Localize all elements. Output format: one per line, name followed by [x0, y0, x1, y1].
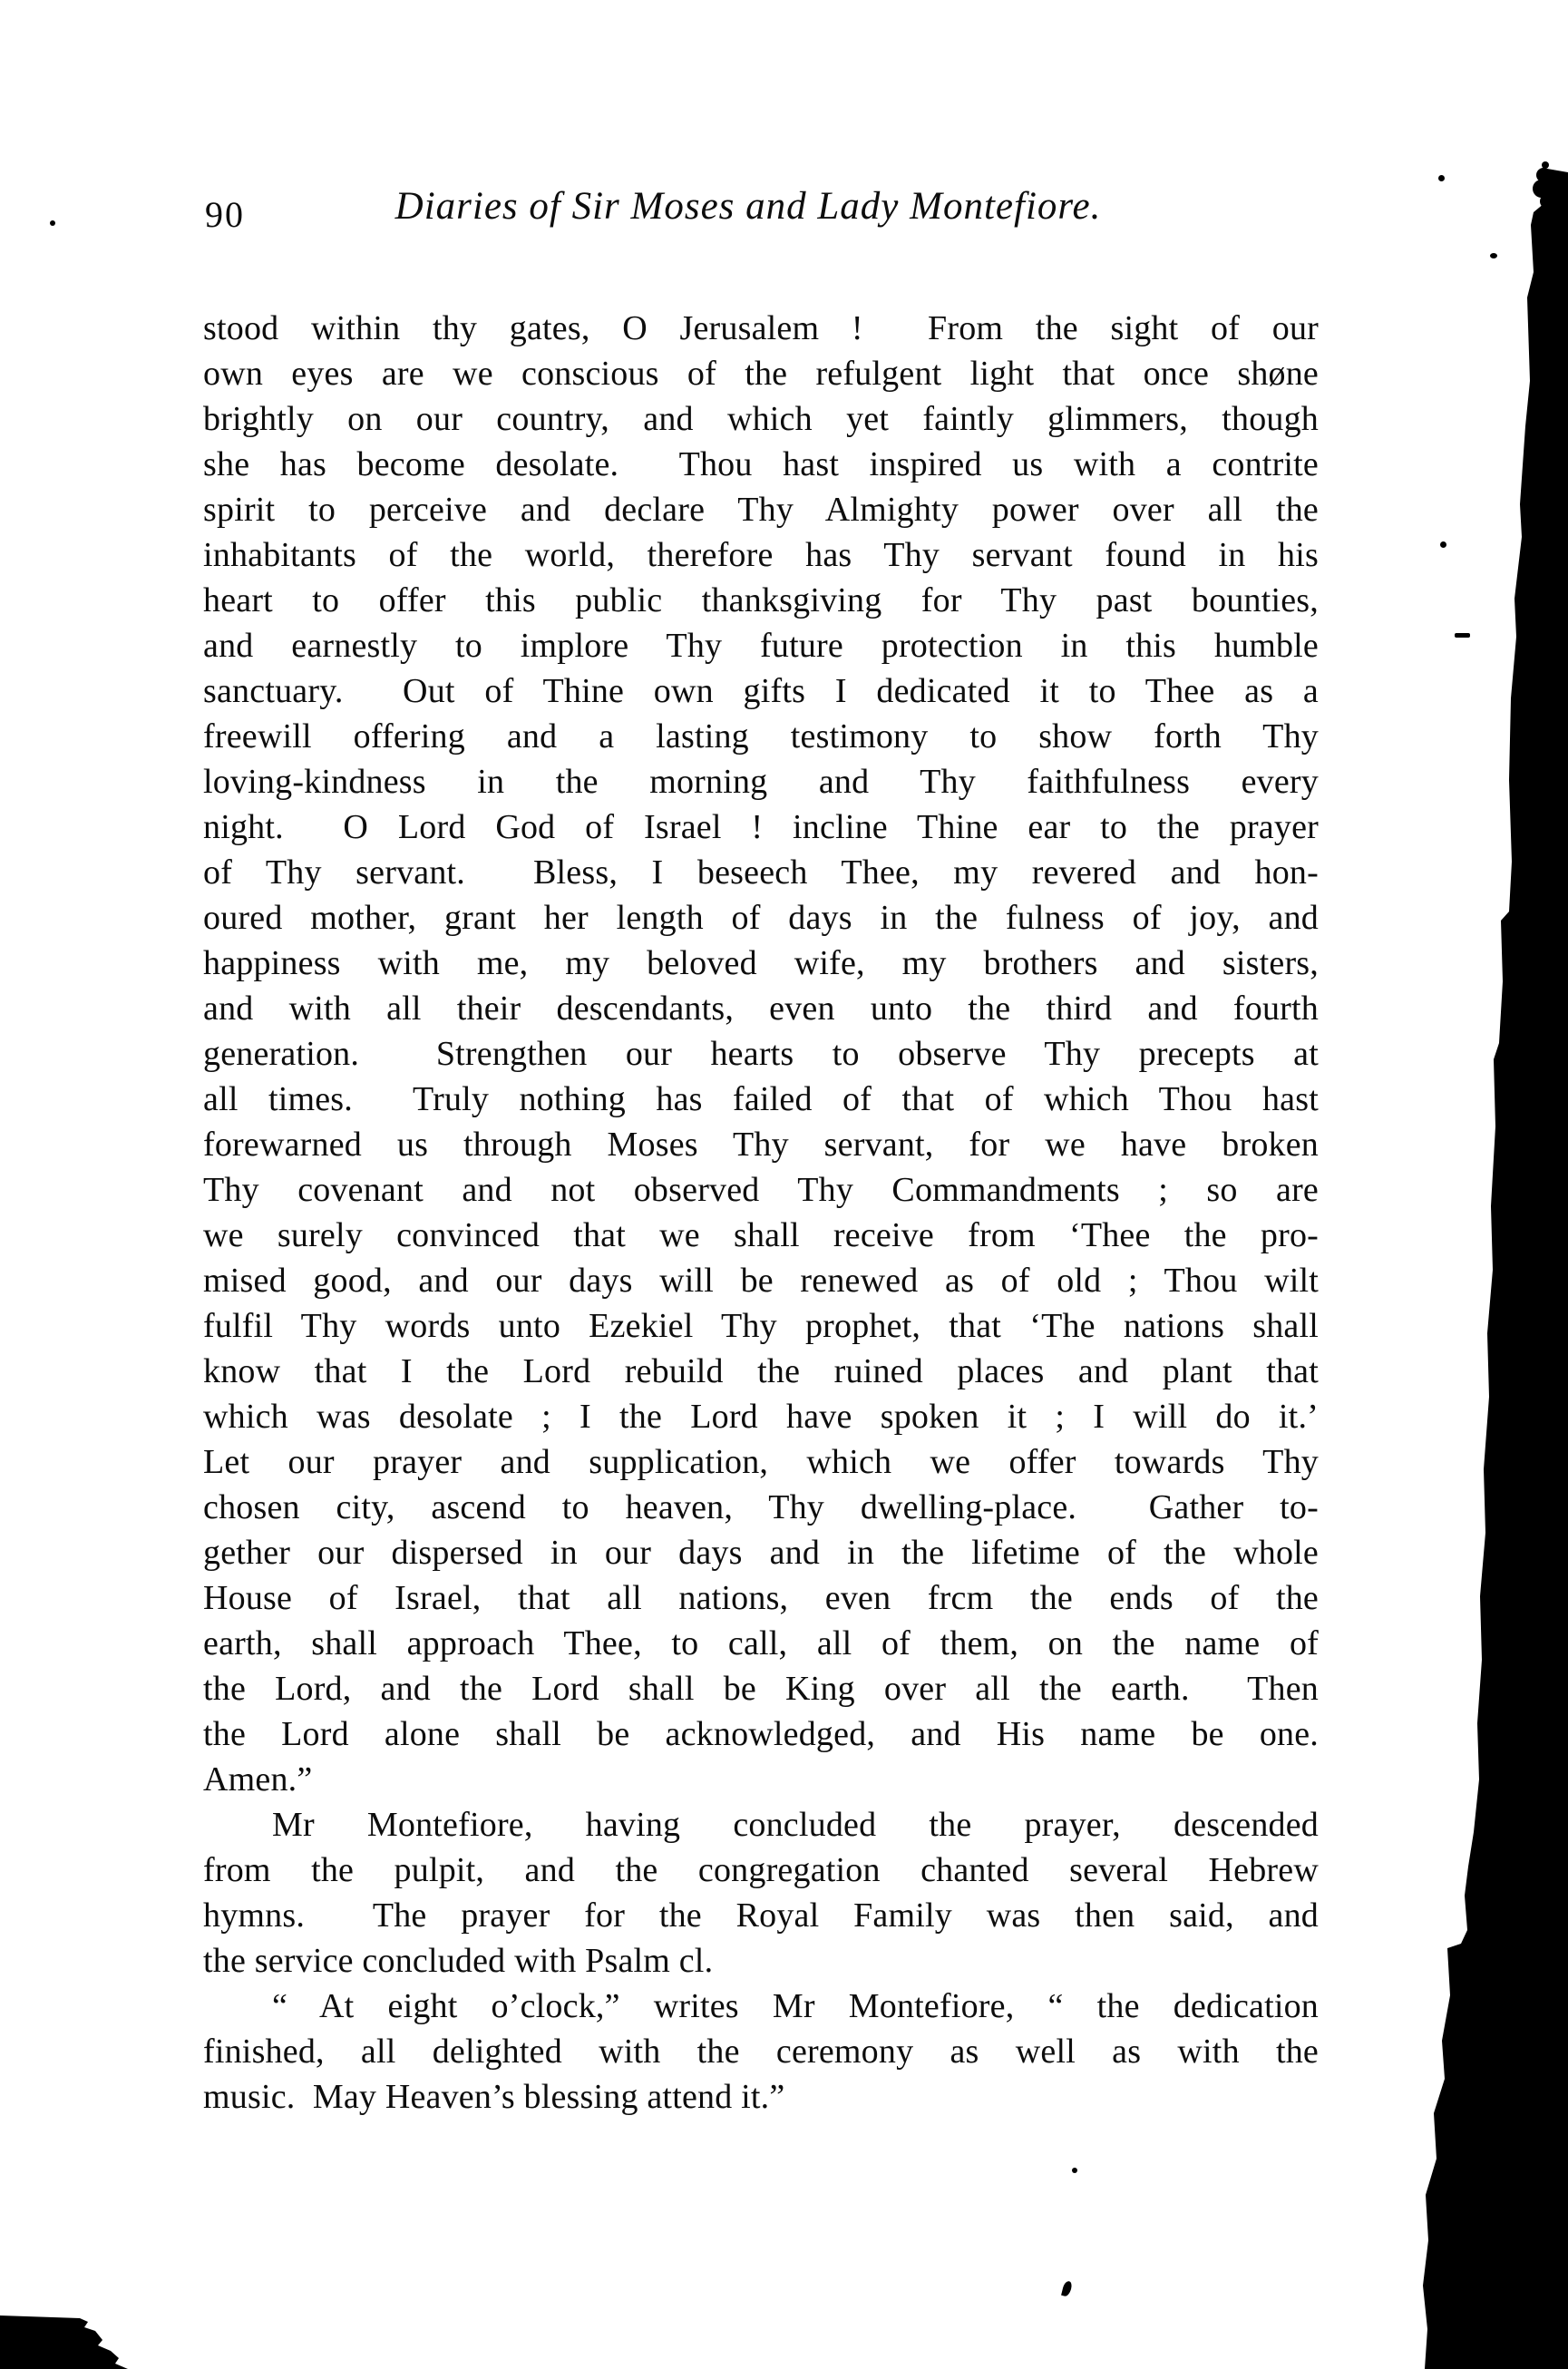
text-line: fulfil Thy words unto Ezekiel Thy prophe…	[203, 1303, 1319, 1349]
text-line: music. May Heaven’s blessing attend it.”	[203, 2074, 1319, 2120]
text-line: Amen.”	[203, 1757, 1319, 1802]
page-body: stood within thy gates, O Jerusalem ! Fr…	[203, 306, 1319, 2120]
text-line: of Thy servant. Bless, I beseech Thee, m…	[203, 850, 1319, 895]
text-line: own eyes are we conscious of the refulge…	[203, 351, 1319, 396]
text-line: gether our dispersed in our days and in …	[203, 1530, 1319, 1575]
text-line: oured mother, grant her length of days i…	[203, 895, 1319, 941]
scan-speck	[1438, 175, 1445, 181]
text-line: generation. Strengthen our hearts to obs…	[203, 1031, 1319, 1077]
text-line: heart to offer this public thanksgiving …	[203, 578, 1319, 623]
text-line: Mr Montefiore, having concluded the pray…	[203, 1802, 1319, 1847]
text-line: she has become desolate. Thou hast inspi…	[203, 442, 1319, 487]
text-line: chosen city, ascend to heaven, Thy dwell…	[203, 1485, 1319, 1530]
scan-speck	[1440, 541, 1446, 548]
text-line: freewill offering and a lasting testimon…	[203, 714, 1319, 759]
scan-speck	[1072, 2168, 1077, 2173]
text-line: which was desolate ; I the Lord have spo…	[203, 1394, 1319, 1439]
text-line: inhabitants of the world, therefore has …	[203, 532, 1319, 578]
page-header: 90 Diaries of Sir Moses and Lady Montefi…	[203, 184, 1319, 242]
page-number: 90	[205, 193, 245, 236]
text-line: hymns. The prayer for the Royal Family w…	[203, 1893, 1319, 1938]
text-line: stood within thy gates, O Jerusalem ! Fr…	[203, 306, 1319, 351]
text-line: the Lord alone shall be acknowledged, an…	[203, 1711, 1319, 1757]
text-line: spirit to perceive and declare Thy Almig…	[203, 487, 1319, 532]
text-line: know that I the Lord rebuild the ruined …	[203, 1349, 1319, 1394]
scan-artifact-right-edge	[1423, 161, 1568, 2369]
text-line: forewarned us through Moses Thy servant,…	[203, 1122, 1319, 1167]
text-line: “ At eight o’clock,” writes Mr Montefior…	[203, 1984, 1319, 2029]
text-line: brightly on our country, and which yet f…	[203, 396, 1319, 442]
text-line: House of Israel, that all nations, even …	[203, 1575, 1319, 1621]
text-line: and earnestly to implore Thy future prot…	[203, 623, 1319, 668]
scan-speck	[1490, 253, 1497, 258]
text-line: we surely convinced that we shall receiv…	[203, 1213, 1319, 1258]
text-line: loving-kindness in the morning and Thy f…	[203, 759, 1319, 804]
text-line: from the pulpit, and the congregation ch…	[203, 1847, 1319, 1893]
text-line: earth, shall approach Thee, to call, all…	[203, 1621, 1319, 1666]
text-line: night. O Lord God of Israel ! incline Th…	[203, 804, 1319, 850]
text-line: all times. Truly nothing has failed of t…	[203, 1077, 1319, 1122]
text-line: sanctuary. Out of Thine own gifts I dedi…	[203, 668, 1319, 714]
text-line: mised good, and our days will be renewed…	[203, 1258, 1319, 1303]
text-line: the Lord, and the Lord shall be King ove…	[203, 1666, 1319, 1711]
scan-speck	[50, 220, 55, 226]
text-line: Let our prayer and supplication, which w…	[203, 1439, 1319, 1485]
running-title: Diaries of Sir Moses and Lady Montefiore…	[203, 184, 1319, 229]
scan-speck	[1061, 2280, 1073, 2297]
text-line: happiness with me, my beloved wife, my b…	[203, 941, 1319, 986]
text-line: and with all their descendants, even unt…	[203, 986, 1319, 1031]
scan-speck	[1455, 633, 1470, 638]
text-line: Thy covenant and not observed Thy Comman…	[203, 1167, 1319, 1213]
scan-artifact-bottom-left	[0, 2315, 128, 2369]
scanned-book-page: 90 Diaries of Sir Moses and Lady Montefi…	[0, 0, 1568, 2369]
text-line: the service concluded with Psalm cl.	[203, 1938, 1319, 1984]
text-line: finished, all delighted with the ceremon…	[203, 2029, 1319, 2074]
